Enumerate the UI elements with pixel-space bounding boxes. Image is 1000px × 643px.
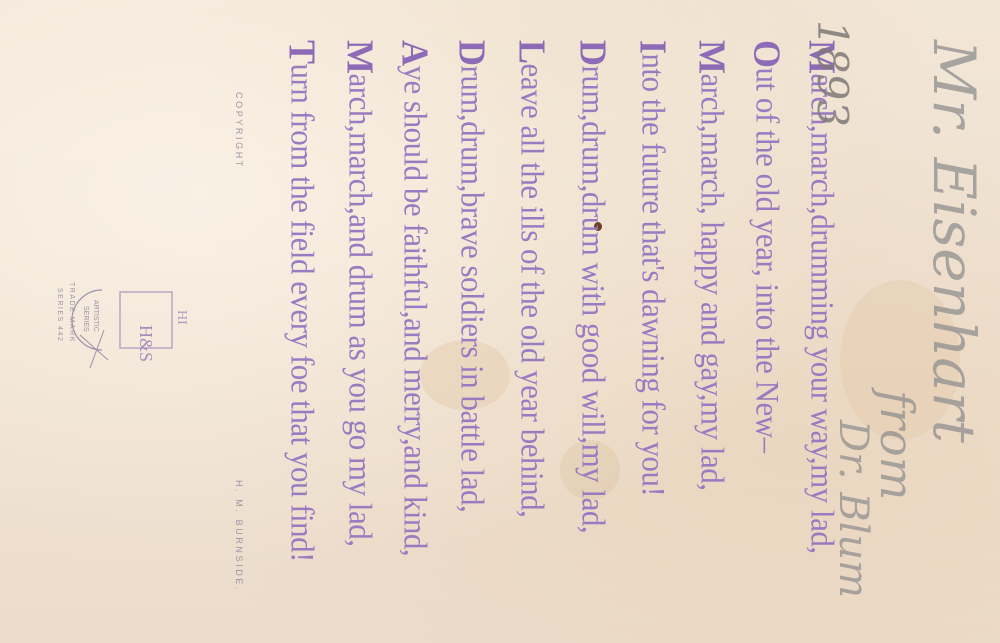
- poem-line: Leave all the ills of the old year behin…: [511, 40, 553, 600]
- series-label: SERIES 442: [56, 288, 63, 342]
- poem-line: Drum,drum,drum with good will,my lad,: [572, 40, 614, 600]
- poem-line: Aye should be faithful,and merry,and kin…: [394, 40, 436, 600]
- poem-line: March,march,and drum as you go my lad,: [339, 40, 381, 600]
- svg-text:HI: HI: [174, 310, 189, 325]
- antique-card: COPYRIGHT H. M. BURNSIDE. H&S ARTISTIC S…: [0, 0, 1000, 643]
- svg-text:ARTISTIC: ARTISTIC: [92, 300, 99, 332]
- poem-line: Drum,drum,brave soldiers in battle lad,: [451, 40, 493, 600]
- handwritten-from: from: [870, 390, 924, 500]
- author-credit: H. M. BURNSIDE.: [234, 480, 244, 592]
- poem-line: March,march, happy and gay,my lad,: [691, 40, 733, 600]
- poem-line: Out of the old year, into the New–: [746, 40, 788, 600]
- poem-block: March,march,drumming your way,my lad, Ou…: [290, 40, 850, 600]
- trademark-label: TRADE MARK: [68, 282, 75, 343]
- handwritten-date: 1893: [808, 20, 857, 127]
- copyright-label: COPYRIGHT: [234, 92, 244, 169]
- poem-line: Into the future that's dawning for you!: [632, 40, 674, 600]
- handwritten-sender: Dr. Blum: [830, 420, 876, 598]
- poem-line: Turn from the field every foe that you f…: [281, 40, 323, 600]
- svg-text:H&S: H&S: [136, 325, 156, 362]
- trademark-logo-icon: H&S ARTISTIC SERIES HI: [60, 280, 200, 370]
- svg-text:SERIES: SERIES: [82, 306, 89, 332]
- handwritten-recipient: Mr. Eisenhart: [920, 40, 988, 443]
- trademark-emblem: H&S ARTISTIC SERIES HI TRADE MARK SERIES…: [60, 280, 200, 370]
